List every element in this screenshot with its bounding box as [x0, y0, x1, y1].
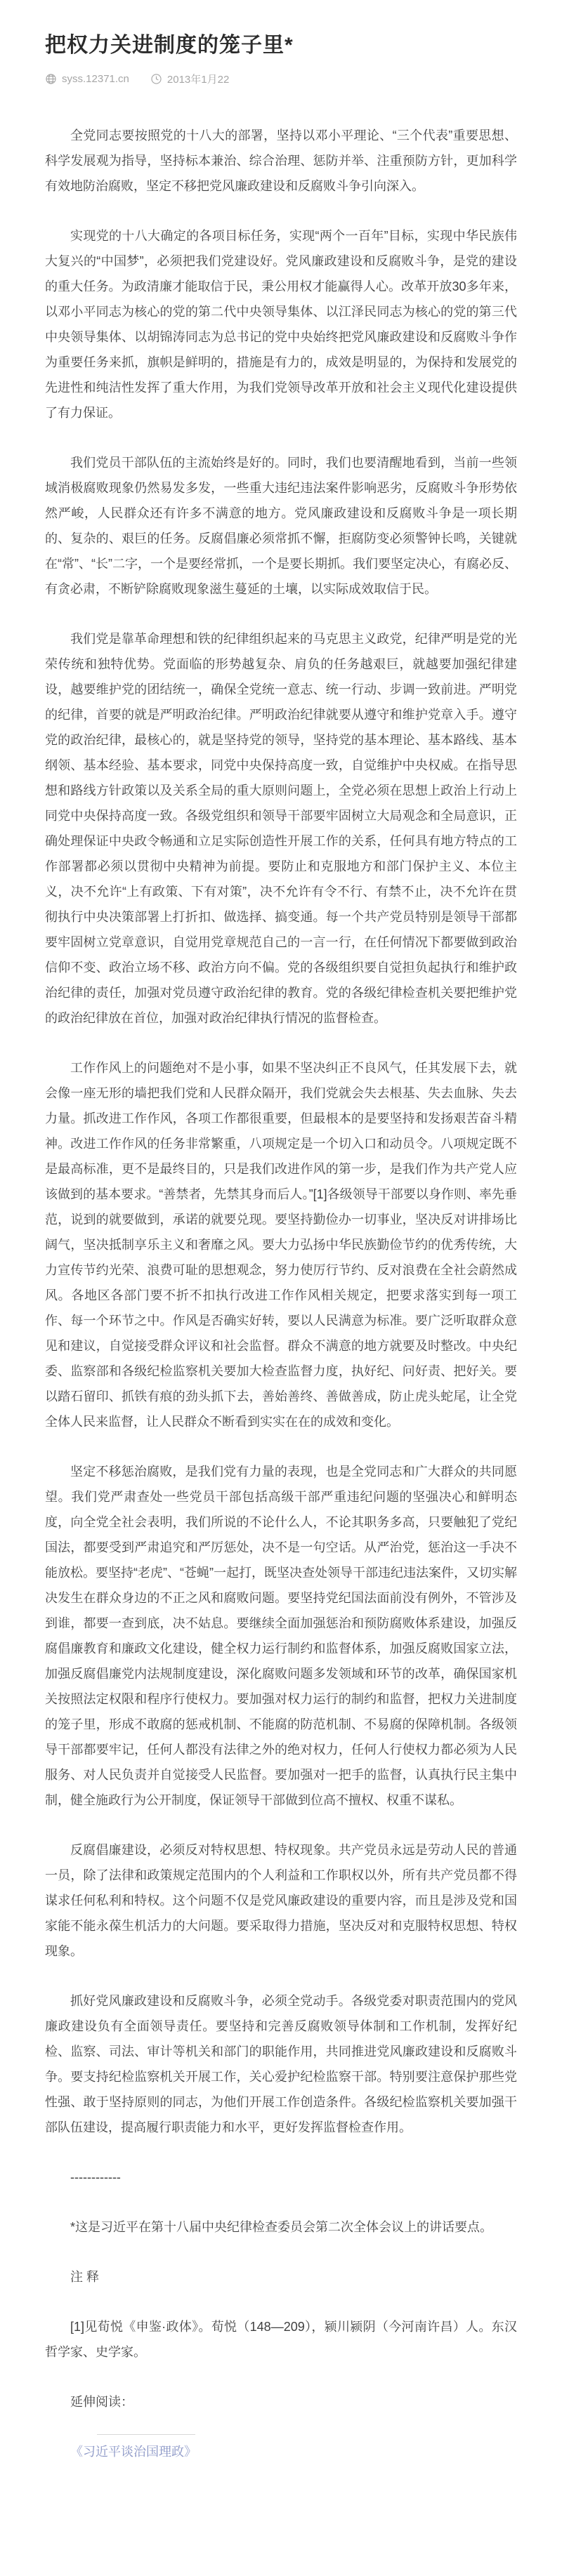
further-reading-link[interactable]: 《习近平谈治国理政》 [70, 2445, 197, 2459]
paragraph: 我们党员干部队伍的主流始终是好的。同时，我们也要清醒地看到，当前一些领域消极腐败… [45, 450, 517, 602]
globe-icon [45, 73, 57, 85]
article-meta: syss.12371.cn 2013年1月22 [45, 72, 517, 86]
notes-heading: 注 释 [45, 2264, 517, 2290]
article-body: 全党同志要按照党的十八大的部署，坚持以邓小平理论、“三个代表”重要思想、科学发展… [45, 123, 517, 2140]
paragraph: 实现党的十八大确定的各项目标任务，实现“两个一百年”目标，实现中华民族伟大复兴的… [45, 223, 517, 425]
footnotes-section: ------------ *这是习近平在第十八届中央纪律检查委员会第二次全体会议… [45, 2165, 517, 2464]
source-note: *这是习近平在第十八届中央纪律检查委员会第二次全体会议上的讲话要点。 [45, 2214, 517, 2240]
paragraph: 我们党是靠革命理想和铁的纪律组织起来的马克思主义政党，纪律严明是党的光荣传统和独… [45, 626, 517, 1031]
paragraph: 工作作风上的问题绝对不是小事，如果不坚决纠正不良风气，任其发展下去，就会像一座无… [45, 1055, 517, 1434]
article-page: 把权力关进制度的笼子里* syss.12371.cn 2 [0, 0, 562, 2576]
faint-rule [97, 2434, 195, 2435]
article-title: 把权力关进制度的笼子里* [45, 31, 517, 60]
meta-date: 2013年1月22 [150, 72, 229, 86]
meta-date-text: 2013年1月22 [167, 72, 229, 86]
paragraph: 抓好党风廉政建设和反腐败斗争，必须全党动手。各级党委对职责范围内的党风廉政建设负… [45, 1988, 517, 2140]
further-reading-row: 《习近平谈治国理政》 [45, 2439, 517, 2464]
meta-source-text: syss.12371.cn [62, 73, 129, 85]
paragraph: 全党同志要按照党的十八大的部署，坚持以邓小平理论、“三个代表”重要思想、科学发展… [45, 123, 517, 199]
clock-icon [150, 73, 162, 85]
note-item: [1]见荀悦《申鉴·政体》。荀悦（148—209），颍川颍阴（今河南许昌）人。东… [45, 2314, 517, 2365]
footnote-divider: ------------ [45, 2165, 517, 2190]
paragraph: 反腐倡廉建设，必须反对特权思想、特权现象。共产党员永远是劳动人民的普通一员，除了… [45, 1837, 517, 1964]
paragraph: 坚定不移惩治腐败，是我们党有力量的表现，也是全党同志和广大群众的共同愿望。我们党… [45, 1459, 517, 1813]
meta-source: syss.12371.cn [45, 73, 129, 85]
further-reading-label: 延伸阅读： [45, 2389, 517, 2415]
